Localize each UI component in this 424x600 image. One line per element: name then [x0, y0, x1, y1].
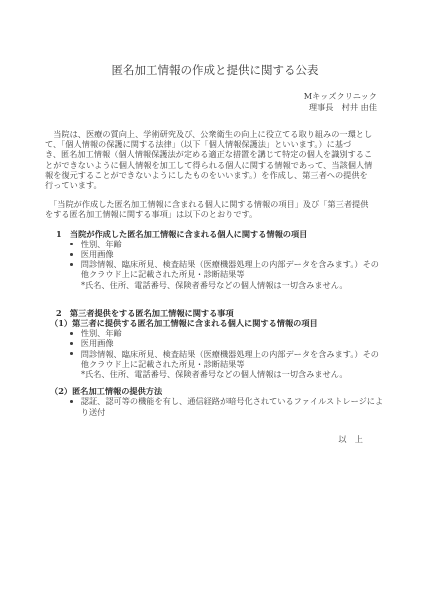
- section-2: 2 第三者提供をする匿名加工情報に関する事項 （1）第三者に提供する匿名加工情報…: [45, 308, 385, 417]
- list-item: 認証、認可等の機能を有し、通信経路が暗号化されているファイルストレージによ り送…: [45, 396, 385, 416]
- list-item: 医用画像: [45, 249, 385, 259]
- bullet-icon: [70, 263, 73, 266]
- list-item: 性別、年齢: [45, 239, 385, 249]
- section-1-note: *氏名、住所、電話番号、保険者番号などの個人情報は一切含みません。: [81, 280, 385, 290]
- list-item: 医用画像: [45, 338, 385, 348]
- bullet-icon: [70, 400, 73, 403]
- section-1-heading: 1 当院が作成した匿名加工情報に含まれる個人に関する情報の項目: [56, 229, 385, 239]
- list-item-text: 認証、認可等の機能を有し、通信経路が暗号化されているファイルストレージによ り送…: [81, 396, 385, 416]
- section-2-sub-2-heading: （2）匿名加工情報の提供方法: [50, 386, 385, 396]
- section-2-sub-1-list: 性別、年齢 医用画像 問診情報、臨床所見、検査結果（医療機器処理上の内部データを…: [45, 328, 385, 369]
- section-2-sub-1-heading: （1）第三者に提供する匿名加工情報に含まれる個人に関する情報の項目: [50, 318, 385, 328]
- section-1: 1 当院が作成した匿名加工情報に含まれる個人に関する情報の項目 性別、年齢 医用…: [45, 229, 385, 290]
- lead-paragraph: 「当院が作成した匿名加工情報に含まれる個人に関する情報の項目」及び「第三者提供 …: [45, 199, 385, 219]
- closing-text: 以 上: [45, 434, 385, 444]
- list-item-text: 医用画像: [81, 338, 385, 348]
- byline: Mキッズクリニック 理事長 村井 由佳: [45, 91, 385, 112]
- list-item-text: 問診情報、臨床所見、検査結果（医療機器処理上の内部データを含みます。）その 他ク…: [81, 259, 385, 279]
- list-item-text: 問診情報、臨床所見、検査結果（医療機器処理上の内部データを含みます。）その 他ク…: [81, 349, 385, 369]
- bullet-icon: [70, 243, 73, 246]
- section-2-heading: 2 第三者提供をする匿名加工情報に関する事項: [56, 308, 385, 318]
- bullet-icon: [70, 253, 73, 256]
- organization-name: Mキッズクリニック: [45, 91, 377, 102]
- intro-paragraph: 当院は、医療の質向上、学術研究及び、公衆衛生の向上に役立てる取り組みの一環とし …: [45, 129, 385, 190]
- list-item-text: 性別、年齢: [81, 328, 385, 338]
- list-item: 問診情報、臨床所見、検査結果（医療機器処理上の内部データを含みます。）その 他ク…: [45, 259, 385, 279]
- list-item-text: 医用画像: [81, 249, 385, 259]
- bullet-icon: [70, 342, 73, 345]
- bullet-icon: [70, 332, 73, 335]
- section-2-sub-1-note: *氏名、住所、電話番号、保険者番号などの個人情報は一切含みません。: [81, 369, 385, 379]
- list-item: 性別、年齢: [45, 328, 385, 338]
- document-page: 匿名加工情報の作成と提供に関する公表 Mキッズクリニック 理事長 村井 由佳 当…: [0, 0, 424, 600]
- representative-name: 理事長 村井 由佳: [45, 102, 377, 113]
- section-1-list: 性別、年齢 医用画像 問診情報、臨床所見、検査結果（医療機器処理上の内部データを…: [45, 239, 385, 280]
- section-2-sub-2-list: 認証、認可等の機能を有し、通信経路が暗号化されているファイルストレージによ り送…: [45, 396, 385, 416]
- bullet-icon: [70, 352, 73, 355]
- list-item: 問診情報、臨床所見、検査結果（医療機器処理上の内部データを含みます。）その 他ク…: [45, 349, 385, 369]
- document-title: 匿名加工情報の作成と提供に関する公表: [45, 63, 385, 78]
- list-item-text: 性別、年齢: [81, 239, 385, 249]
